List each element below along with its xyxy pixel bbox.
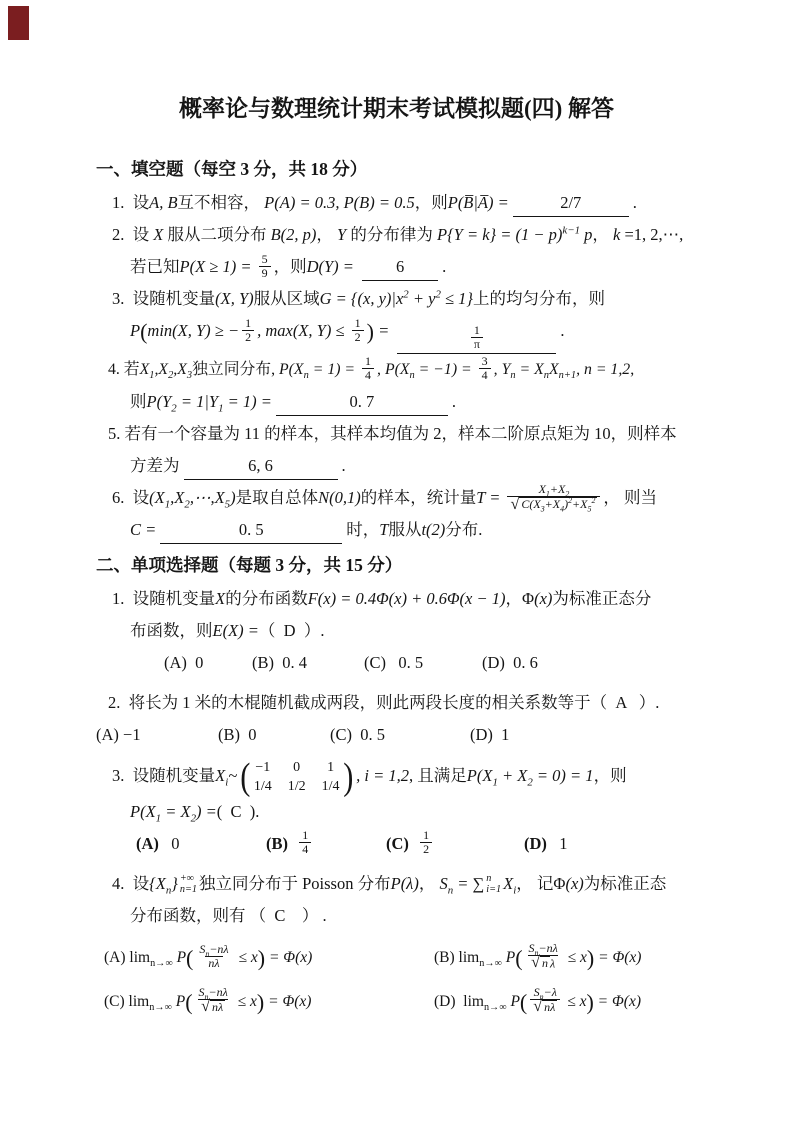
text-segment: √C(X3+X4)2+X52 — [507, 496, 600, 512]
text-segment: X — [558, 482, 565, 496]
math-text: , i = 1,2 — [356, 766, 409, 785]
text-segment: (B) 0. 4 — [252, 653, 307, 672]
text-segment: i=1 — [486, 885, 501, 896]
math-text: (x) — [534, 589, 552, 608]
text-segment: n — [540, 956, 550, 970]
subscript: n→∞ — [150, 958, 173, 969]
math-text: = ∑ — [453, 874, 484, 893]
math-symbol-with-subscript: Sn — [529, 941, 539, 955]
s2-q3-option-b: (B) 14 — [266, 828, 386, 860]
text-segment: 4. — [112, 874, 124, 893]
math-text: −nλ — [208, 985, 227, 999]
text-segment: 4 — [479, 368, 491, 382]
math-text: nλ — [212, 1000, 223, 1014]
text-segment: X — [549, 361, 559, 378]
text-segment: 的分布函数 — [225, 589, 308, 608]
text-segment: nλ — [205, 956, 222, 970]
math-text: ~ — [228, 766, 237, 785]
answer-text: 6 — [396, 255, 404, 280]
text-segment: 1 — [355, 316, 361, 330]
text-segment: X — [140, 361, 150, 378]
text-segment: 3 — [479, 355, 491, 368]
math-symbol-with-subscript: Y2 — [162, 392, 177, 411]
square-root: √nλ — [201, 1000, 225, 1014]
math-symbol-with-subscript: Sn — [199, 942, 209, 956]
section1-header: 一、填空题（每空 3 分，共 18 分） — [96, 156, 697, 182]
text-segment: , — [630, 361, 634, 378]
text-segment: (B) lim — [434, 949, 479, 966]
math-text: E(X) = — [213, 621, 259, 640]
text-segment: 9 — [262, 266, 268, 280]
text-segment: 1 — [474, 323, 480, 337]
text-segment: 为标准正态 — [584, 874, 667, 893]
math-text: (x) — [565, 874, 583, 893]
superscript: 2 — [591, 496, 595, 505]
s1-q5-line1: 5. 若有一个容量为 11 的样本，其样本均值为 2，样本二阶原点矩为 10，则… — [96, 418, 697, 450]
text-segment: 是取自总体 — [236, 488, 319, 507]
math-text: −nλ — [538, 941, 557, 955]
big-paren: ( — [186, 945, 193, 970]
text-segment: ，则 — [274, 257, 307, 276]
math-text: = 0) = 1 — [533, 766, 594, 785]
math-text: + y — [409, 289, 436, 308]
math-text: = — [516, 361, 535, 378]
text-segment: ， 则当 — [603, 488, 657, 507]
s2-q4-option-b: (B) limn→∞ P(Sn−nλ√nλ ≤ x) = Φ(x) — [434, 940, 697, 976]
math-text: −nλ — [209, 942, 228, 956]
text-segment: n=1 — [180, 885, 197, 896]
big-paren: ) — [258, 945, 265, 970]
math-text: X — [215, 589, 225, 608]
math-symbol-with-subscript: Y1 — [209, 392, 224, 411]
text-segment: Sn−nλ — [196, 943, 231, 956]
text-segment: 4. 若 — [108, 361, 140, 378]
math-text: = — [374, 321, 393, 340]
math-text: = Φ(x) — [594, 949, 641, 966]
text-segment: 4 — [482, 368, 488, 382]
text-segment: 时， — [346, 520, 379, 539]
text-segment: 1 — [420, 829, 432, 842]
text-segment: ，Φ — [506, 589, 535, 608]
text-segment: X — [400, 361, 410, 378]
text-segment: 2 — [423, 842, 429, 856]
fraction: 14 — [299, 829, 311, 856]
s1-q3-line1: 3. 设随机变量(X, Y)服从区域G = {(x, y)|x2 + y2 ≤ … — [96, 283, 697, 315]
s1-q4-line2: 则P(Y2 = 1|Y1 = 1) =0. 7. — [96, 386, 697, 418]
radical-sign: √ — [531, 956, 540, 970]
fraction: X1+X2√C(X3+X4)2+X52 — [507, 483, 600, 512]
text-segment: 4 — [299, 842, 311, 856]
math-symbol-with-subscript: X1 — [146, 802, 162, 821]
text-segment: √nλ — [530, 999, 560, 1015]
math-text: P(B̅|A̅) = — [448, 193, 509, 212]
math-symbol-with-subscript: X1 — [140, 361, 155, 378]
math-symbol-with-subscript: X1 — [155, 488, 171, 507]
math-symbol-with-subscript: Xi — [215, 766, 228, 785]
subscript: n→∞ — [479, 958, 502, 969]
math-text: , max(X, Y) ≤ — [257, 321, 349, 340]
math-symbol-with-subscript: Xi — [503, 874, 516, 893]
text-segment: X — [534, 361, 544, 378]
bold-text: (B) — [266, 834, 288, 853]
text-segment: ，则 — [594, 766, 627, 785]
text-segment: (D) 1 — [470, 725, 509, 744]
square-root: √C(X3+X4)2+X52 — [510, 497, 597, 511]
text-segment: 2 — [420, 842, 432, 856]
text-segment: ，则 — [415, 193, 448, 212]
math-text: nλ — [544, 1000, 555, 1014]
math-symbol-with-subscript: X3 — [533, 497, 544, 511]
s1-q6-line1: 6. 设(X1,X2,⋯,X5)是取自总体N(0,1)的样本，统计量T = X1… — [96, 482, 697, 514]
s2-q3-line1: 3. 设随机变量Xi~(−1011/41/21/4), i = 1,2, 且满足… — [96, 759, 697, 795]
math-symbol-with-subscript: Yn — [502, 361, 516, 378]
text-segment: 1/4 — [254, 778, 272, 796]
math-text: + — [550, 482, 558, 496]
text-segment: 3. — [112, 766, 124, 785]
text-segment: X — [215, 488, 225, 507]
math-text: , — [494, 361, 502, 378]
s2-q1-option-a: (A) 0 — [164, 647, 252, 679]
fraction: 59 — [259, 253, 271, 280]
math-text: ≤ x — [563, 993, 586, 1010]
answer-text: 2/7 — [560, 191, 581, 216]
text-segment: X — [158, 361, 168, 378]
text-segment: 互不相容， — [178, 193, 265, 212]
text-segment: C(X3+X4)2+X52 — [519, 497, 597, 511]
answer-text: 6, 6 — [248, 454, 273, 479]
text-segment: ， — [592, 225, 613, 244]
math-text: = Φ(x) — [264, 993, 311, 1010]
math-text: = 1) = — [224, 392, 272, 411]
s2-q3-option-a: (A) 0 — [136, 828, 266, 860]
text-segment: 4 — [365, 368, 371, 382]
math-text: , P( — [377, 361, 400, 378]
text-segment: π — [471, 337, 483, 351]
text-segment: X — [294, 361, 304, 378]
s2-q1-option-d: (D) 0. 6 — [482, 647, 538, 679]
s2-q4-option-a: (A) limn→∞ P(Sn−nλnλ ≤ x) = Φ(x) — [104, 940, 434, 976]
s2-q1-line2: 布函数，则E(X) =（ D ）. — [96, 615, 697, 647]
text-segment: 1 — [242, 317, 254, 330]
math-text: ≤ x — [235, 949, 258, 966]
text-segment: 2 — [242, 330, 254, 344]
text-segment: 设随机变量 — [124, 289, 215, 308]
math-symbol-with-subscript: X3 — [177, 361, 192, 378]
text-segment: 5 — [259, 253, 271, 266]
math-text: min(X, Y) ≥ − — [147, 321, 239, 340]
text-segment: 1 — [362, 355, 374, 368]
text-segment: X — [146, 802, 156, 821]
text-segment: 1 — [322, 759, 340, 777]
text-segment: 1 — [302, 828, 308, 842]
math-text: { — [149, 874, 156, 893]
page-title: 概率论与数理统计期末考试模拟题(四) 解答 — [96, 92, 697, 126]
fraction: Sn−nλ√nλ — [526, 942, 561, 971]
text-segment: ， — [316, 225, 337, 244]
fraction: 12 — [420, 829, 432, 856]
text-segment: X — [177, 361, 187, 378]
text-segment: 9 — [259, 266, 271, 280]
superscript: k−1 — [562, 225, 580, 237]
text-segment: X — [517, 766, 527, 785]
exam-document-page: 概率论与数理统计期末考试模拟题(四) 解答 一、填空题（每空 3 分，共 18 … — [0, 0, 793, 1122]
text-segment: 设随机变量 — [124, 766, 215, 785]
s2-q1-options: (A) 0 (B) 0. 4 (C) 0. 5 (D) 0. 6 — [96, 647, 697, 679]
s2-q3-options: (A) 0 (B) 14 (C) 12 (D) 1 — [96, 828, 697, 860]
math-symbol-with-subscript: Sn — [534, 985, 544, 999]
text-segment: nλ — [210, 1000, 225, 1014]
math-text: P( — [467, 766, 483, 785]
math-text: t(2) — [421, 520, 445, 539]
text-segment: 2 — [355, 330, 361, 344]
math-symbol-with-subscript: Xn — [156, 874, 172, 893]
text-segment: (C) 0. 5 — [330, 725, 385, 744]
math-text: −λ — [544, 985, 557, 999]
s2-q3-option-d: (D) 1 — [524, 828, 568, 860]
big-paren: ( — [185, 989, 192, 1014]
math-symbol-with-subscript: Xn — [294, 361, 309, 378]
text-segment: (B) 0 — [218, 725, 257, 744]
text-segment: 将长为 1 米的木棍随机截成两段，则此两段长度的相关系数等于（ A ）. — [120, 693, 659, 712]
text-segment: . — [452, 392, 456, 411]
fraction: 12 — [242, 317, 254, 344]
text-segment: 方差为 — [130, 456, 180, 475]
math-text: = Φ(x) — [594, 993, 641, 1010]
big-paren: ( — [520, 989, 527, 1014]
text-segment: 0 — [159, 834, 180, 853]
s2-q1-line1: 1. 设随机变量X的分布函数F(x) = 0.4Φ(x) + 0.6Φ(x − … — [96, 583, 697, 615]
text-segment: 2. — [108, 693, 120, 712]
text-segment: 2. — [112, 225, 124, 244]
big-paren: ) — [367, 319, 374, 344]
text-segment: 上的均匀分布，则 — [473, 289, 605, 308]
math-text: X — [153, 225, 163, 244]
answer-text: 0. 5 — [239, 518, 264, 543]
square-root: √n — [531, 956, 550, 970]
text-segment: 5 — [587, 505, 591, 514]
s2-q4-options: (A) limn→∞ P(Sn−nλnλ ≤ x) = Φ(x) (B) lim… — [96, 940, 697, 1020]
text-segment: X — [156, 874, 166, 893]
math-text: ≤ 1} — [441, 289, 473, 308]
math-symbol-with-subscript: X2 — [158, 361, 173, 378]
text-segment: Y — [162, 392, 171, 411]
math-text: + — [572, 497, 580, 511]
math-text: = — [161, 802, 180, 821]
answer-blank: 0. 5 — [160, 518, 342, 544]
text-segment: 6. — [112, 488, 124, 507]
math-text: , n = 1,2 — [576, 361, 630, 378]
text-segment: 1 — [547, 834, 568, 853]
text-segment — [409, 834, 417, 853]
text-segment: 的样本，统计量 — [361, 488, 477, 507]
radical-sign: √ — [533, 1000, 542, 1014]
math-symbol-with-subscript: X5 — [580, 497, 591, 511]
s2-q3-line2: P(X1 = X2) =( C ). — [96, 796, 697, 828]
text-segment: X1+X2 — [536, 483, 573, 496]
answer-blank: 6, 6 — [184, 454, 338, 480]
text-segment: X — [174, 488, 184, 507]
text-segment: 独立同分布, — [192, 361, 279, 378]
text-segment: . — [633, 193, 637, 212]
math-text: = −1) = — [415, 361, 476, 378]
text-segment: X — [503, 874, 513, 893]
text-segment: （ D ）. — [259, 621, 325, 640]
radical-sign: √ — [201, 1000, 210, 1014]
s2-q4-option-c: (C) limn→∞ P(Sn−nλ√nλ ≤ x) = Φ(x) — [104, 984, 434, 1020]
math-text: } — [171, 874, 178, 893]
math-text: P — [173, 949, 186, 966]
text-segment: 2 — [352, 330, 364, 344]
text-segment: X — [215, 766, 225, 785]
math-text: ,⋯, — [190, 488, 215, 507]
math-symbol-with-subscript: X4 — [553, 497, 564, 511]
text-segment — [288, 834, 296, 853]
bold-text: (D) — [524, 834, 547, 853]
math-text: n — [542, 956, 548, 970]
text-segment: 分布函数，则有 （ C ） . — [130, 906, 327, 925]
math-text: P — [502, 949, 515, 966]
s2-q2-line1: 2. 将长为 1 米的木棍随机截成两段，则此两段长度的相关系数等于（ A ）. — [96, 687, 697, 719]
text-segment: 布函数，则 — [130, 621, 213, 640]
answer-text: 0. 7 — [350, 390, 375, 415]
text-segment: 3 — [482, 354, 488, 368]
math-text: (X, Y) — [215, 289, 254, 308]
math-text: F(x) = 0.4Φ(x) + 0.6Φ(x − 1) — [308, 589, 506, 608]
text-segment: 设 — [124, 193, 149, 212]
text-segment: 分布. — [445, 520, 482, 539]
math-text: B(2, p) — [271, 225, 317, 244]
text-segment: 1 — [423, 828, 429, 842]
text-segment: 服从 — [388, 520, 421, 539]
square-root: √nλ — [533, 1000, 557, 1014]
text-segment: 5 — [262, 252, 268, 266]
math-text: = 1) = — [309, 361, 359, 378]
text-segment: X — [181, 802, 191, 821]
text-segment: (D) lim — [434, 993, 484, 1010]
radical-sign: √ — [510, 498, 519, 512]
text-segment: 的分布律为 — [346, 225, 437, 244]
text-segment: 5. 若有一个容量为 11 的样本，其样本均值为 2，样本二阶原点矩为 10，则… — [108, 424, 677, 443]
math-text: D(Y) = — [307, 257, 358, 276]
s2-q1-option-c: (C) 0. 5 — [364, 647, 482, 679]
s1-q6-line2: C =0. 5时，T服从t(2)分布. — [96, 514, 697, 546]
text-segment: (A) −1 — [96, 725, 141, 744]
math-text: = 1| — [177, 392, 209, 411]
section2-header: 二、单项选择题（每题 3 分，共 15 分） — [96, 552, 697, 578]
math-symbol-with-subscript: Sn — [199, 985, 209, 999]
text-segment: √nλ — [198, 999, 228, 1015]
math-symbol-with-subscript: X1 — [539, 482, 550, 496]
math-text: = Φ(x) — [265, 949, 312, 966]
subscript: n→∞ — [149, 1002, 172, 1013]
text-segment: 设 — [124, 225, 153, 244]
fraction: Sn−λ√nλ — [530, 986, 560, 1015]
text-segment: S — [439, 874, 447, 893]
math-symbol-with-subscript: X2 — [517, 766, 533, 785]
text-segment: =1, 2,⋯, — [620, 225, 683, 244]
text-segment: (D) 0. 6 — [482, 653, 538, 672]
math-symbol-with-subscript: X5 — [215, 488, 231, 507]
s2-q3-option-c: (C) 12 — [386, 828, 524, 860]
answer-blank: 0. 7 — [276, 390, 448, 416]
text-segment: 设随机变量 — [124, 589, 215, 608]
text-segment: 1. — [112, 589, 124, 608]
text-segment: X — [482, 766, 492, 785]
text-segment: 1/2 — [288, 778, 306, 796]
s2-q1-option-b: (B) 0. 4 — [252, 647, 364, 679]
math-text: ≤ x — [564, 949, 587, 966]
text-segment: 1/4 — [322, 778, 340, 796]
s1-q1-line: 1. 设A, B互不相容， P(A) = 0.3, P(B) = 0.5，则P(… — [96, 187, 697, 219]
text-segment: ， 记Φ — [516, 874, 565, 893]
s2-q4-line1: 4. 设{Xn}+∞n=1独立同分布于 Poisson 分布P(λ)， Sn =… — [96, 868, 697, 900]
math-symbol-with-subscript: X2 — [558, 482, 569, 496]
fraction: 12 — [352, 317, 364, 344]
math-text: P( — [147, 392, 163, 411]
text-segment: 2 — [245, 330, 251, 344]
text-segment: (A) 0 — [164, 653, 203, 672]
math-symbol-with-subscript: X2 — [181, 802, 197, 821]
s2-q4-option-d: (D) limn→∞ P(Sn−λ√nλ ≤ x) = Φ(x) — [434, 984, 697, 1020]
text-segment: 若已知 — [130, 257, 180, 276]
text-segment: 1. — [112, 193, 124, 212]
answer-blank: 6 — [362, 255, 438, 281]
text-segment: nλ — [542, 1000, 557, 1014]
math-text: P(X ≥ 1) = — [180, 257, 256, 276]
math-text: nλ — [208, 956, 219, 970]
stacked-scripts: +∞n=1 — [180, 874, 197, 895]
big-paren: ) — [586, 989, 593, 1014]
s1-q2-line2: 若已知P(X ≥ 1) = 59，则D(Y) = 6. — [96, 251, 697, 283]
right-paren: ) — [343, 760, 353, 794]
math-text: λ — [550, 956, 555, 970]
s1-q3-line2: P(min(X, Y) ≥ −12, max(X, Y) ≤ 12) = 1π. — [96, 315, 697, 354]
probability-matrix: (−1011/41/21/4) — [239, 759, 354, 795]
s1-q5-line2: 方差为6, 6. — [96, 450, 697, 482]
math-text: P{Y = k} = (1 − p) — [437, 225, 562, 244]
math-text: p — [580, 225, 592, 244]
answer-blank: 2/7 — [513, 191, 629, 217]
text-segment: π — [474, 337, 480, 351]
text-segment: 1 — [299, 829, 311, 842]
text-segment: ( C ). — [217, 802, 260, 821]
s1-q4-line1: 4. 若X1,X2,X3独立同分布, P(Xn = 1) = 14, P(Xn … — [96, 354, 697, 386]
text-segment: 服从二项分布 — [163, 225, 270, 244]
math-text: + — [498, 766, 517, 785]
text-segment: . — [342, 456, 346, 475]
math-text: P( — [130, 802, 146, 821]
fraction: 14 — [362, 355, 374, 382]
text-segment: 1 — [365, 354, 371, 368]
math-text: T = — [476, 488, 504, 507]
math-symbol-with-subscript: X2 — [174, 488, 190, 507]
left-paren: ( — [240, 760, 250, 794]
fraction: 34 — [479, 355, 491, 382]
math-symbol-with-subscript: Xn — [400, 361, 415, 378]
math-text: P( — [279, 361, 294, 378]
math-text: N(0,1) — [318, 488, 361, 507]
s2-q2-option-c: (C) 0. 5 — [330, 719, 470, 751]
text-segment: 3. — [112, 289, 124, 308]
text-segment: X — [553, 497, 560, 511]
fraction: Sn−nλnλ — [196, 943, 231, 970]
math-text: P — [507, 993, 520, 1010]
text-segment: (C) lim — [104, 993, 149, 1010]
subscript: n→∞ — [484, 1002, 507, 1013]
big-paren: ( — [515, 945, 522, 970]
answer-blank: 1π — [397, 326, 556, 354]
fraction: 1π — [471, 324, 483, 351]
